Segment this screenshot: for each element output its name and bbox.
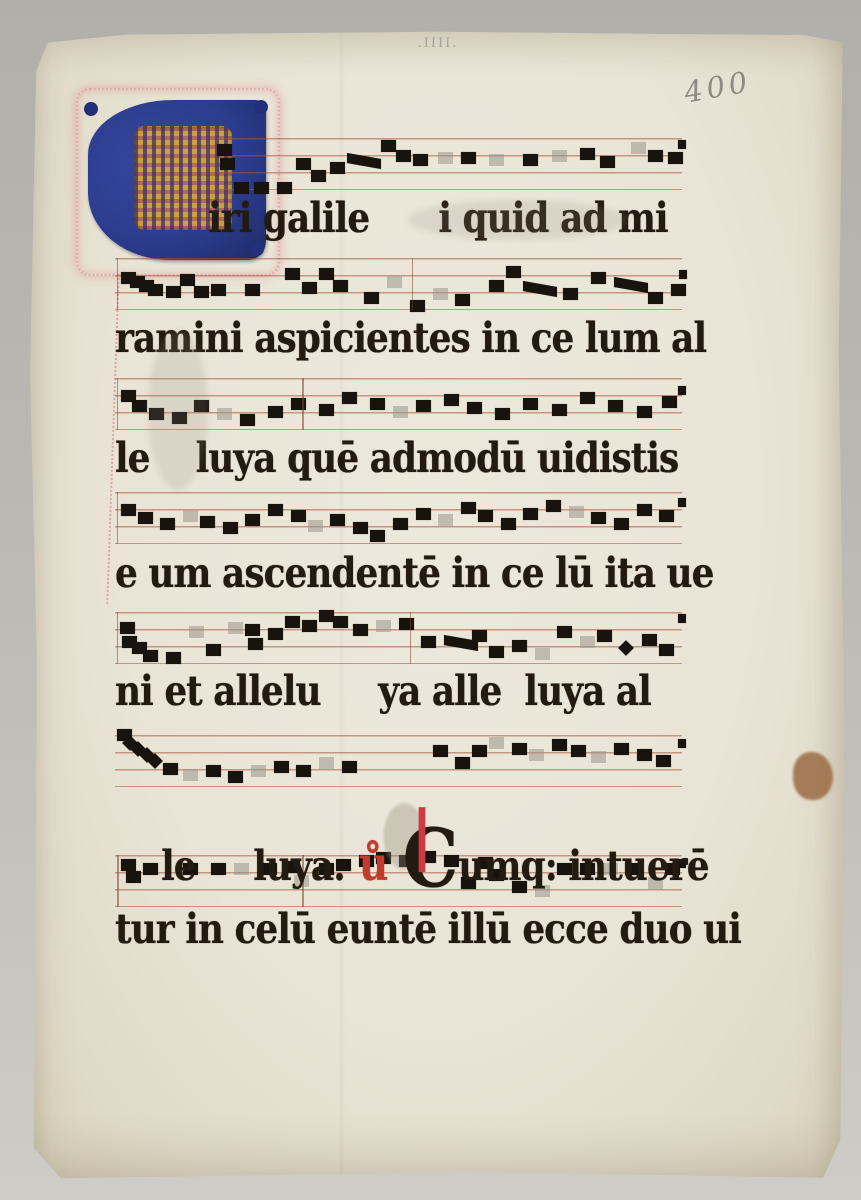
neume [302,620,317,632]
neume [637,504,652,516]
neume [296,158,311,170]
neume [396,150,411,162]
neume [637,406,652,418]
neume [659,510,674,522]
folio-number: .IIII. [368,36,508,51]
neume [268,628,283,640]
bleedthrough-smudge [408,200,628,240]
bleedthrough-neume [552,150,567,162]
bleedthrough-neume [217,408,232,420]
neume [580,148,595,160]
neume [206,644,221,656]
neume [637,749,652,761]
chant-text-line-7: tur in celū euntē illū ecce duo ui [115,904,697,969]
staff-barline [410,612,412,664]
neume [478,510,493,522]
neume [472,630,487,642]
neume [416,508,431,520]
neume [302,282,317,294]
neume [591,512,606,524]
neume [285,616,300,628]
neume [662,396,677,408]
neume [228,771,243,783]
neume [330,514,345,526]
neume [200,516,215,528]
neume [489,280,504,292]
neume [370,398,385,410]
music-staff-2 [115,258,682,310]
neume [148,284,163,296]
neume [506,266,521,278]
bleedthrough-neume [438,514,453,526]
neume [342,761,357,773]
bleedthrough-neume [529,749,544,761]
neume [552,739,567,751]
neume [512,743,527,755]
neume [285,268,300,280]
neume [296,765,311,777]
neume [245,624,260,636]
neume [614,518,629,530]
neume [679,270,687,279]
neume [557,626,572,638]
neume [648,150,663,162]
neume [353,522,368,534]
neume [245,284,260,296]
neume [194,286,209,298]
neume [138,512,153,524]
bleedthrough-neume [189,626,204,638]
neume [342,392,357,404]
music-staff-5 [115,612,682,664]
neume [421,636,436,648]
neume [659,644,674,656]
neume [166,652,181,664]
versicle-mark: ů [345,836,403,891]
neume [413,154,428,166]
neume [671,284,686,296]
neume [291,510,306,522]
music-staff-6 [115,735,682,787]
neume [608,400,623,412]
neume [180,274,195,286]
bleedthrough-neume [535,648,550,660]
staff-barline [117,612,119,664]
neume [416,400,431,412]
neume [678,498,686,507]
bleedthrough-neume [387,276,402,288]
bleedthrough-neume [580,636,595,648]
neume [495,408,510,420]
neume [455,757,470,769]
neume [642,634,657,646]
neume [489,646,504,658]
neume [120,622,135,634]
neume [648,292,663,304]
chant-text-line-5: ni et allelu ya alle luya al [115,666,697,731]
chant-text-segment: umq: intuerē [458,841,708,890]
bleedthrough-neume [569,506,584,518]
neume [132,400,147,412]
neume [597,630,612,642]
neume [319,268,334,280]
bleedthrough-neume [183,769,198,781]
bleedthrough-neume [433,288,448,300]
penwork-knob [84,102,98,116]
parchment-stain [793,752,833,800]
neume [245,514,260,526]
neume [591,272,606,284]
bleedthrough-smudge [148,330,208,490]
neume [571,745,586,757]
neume [678,140,686,149]
music-staff-1 [115,138,682,190]
staff-barline [117,492,119,544]
neume [444,394,459,406]
neume [370,530,385,542]
neume [678,739,686,748]
neume [600,156,615,168]
staff-barline [302,378,304,430]
neume [240,414,255,426]
neume [678,386,686,395]
neume [563,288,578,300]
neume [381,140,396,152]
staff-barline [117,258,119,310]
neume [393,518,408,530]
neume [552,404,567,416]
neume [523,154,538,166]
neume [330,162,345,174]
neume [223,522,238,534]
pencil-inscription: 400 [682,64,754,109]
neume [121,504,136,516]
neume [614,743,629,755]
staff-barline [412,258,414,310]
bleedthrough-neume [489,154,504,166]
bleedthrough-neume [438,152,453,164]
penwork-knob [254,100,268,114]
neume [248,638,263,650]
bleedthrough-neume [228,622,243,634]
neume [268,504,283,516]
bleedthrough-neume [308,520,323,532]
bleedthrough-neume [251,765,266,777]
neume [501,518,516,530]
neume [353,624,368,636]
neume [333,616,348,628]
neume [467,402,482,414]
neume [268,406,283,418]
neume [160,518,175,530]
bleedthrough-neume [631,142,646,154]
chant-text-line-6: le luya. ů Cumq: intuerē [115,787,697,852]
neume [546,500,561,512]
chant-text-line-4: e um ascendentē in ce lū ita ue [115,548,697,613]
neume [523,398,538,410]
neume [311,170,326,182]
neume [656,755,671,767]
neume [166,286,181,298]
photo-background: { "page": { "folio_mark": ".IIII.", "pen… [0,0,861,1200]
neume [319,404,334,416]
manuscript-leaf: .IIII. 400 iri galile i quid ad mi ramin… [28,30,846,1180]
bleedthrough-neume [591,751,606,763]
neume [678,614,686,623]
neume [364,292,379,304]
bleedthrough-neume [183,510,198,522]
music-staff-4 [115,492,682,544]
neume [333,280,348,292]
bleedthrough-neume [376,620,391,632]
neume [580,392,595,404]
neume [143,650,158,662]
neume [512,640,527,652]
neume [163,763,178,775]
chant-text-segment: le luya. [161,841,345,890]
neume [220,158,235,170]
neume [668,152,683,164]
staff-barline [117,378,119,430]
neume [211,284,226,296]
neume [217,144,232,156]
neume [433,745,448,757]
neume [455,294,470,306]
neume [274,761,289,773]
neume [461,152,476,164]
bleedthrough-neume [393,406,408,418]
bleedthrough-neume [489,737,504,749]
bleedthrough-neume [319,757,334,769]
neume [472,745,487,757]
neume [206,765,221,777]
neume [523,508,538,520]
neume [461,502,476,514]
